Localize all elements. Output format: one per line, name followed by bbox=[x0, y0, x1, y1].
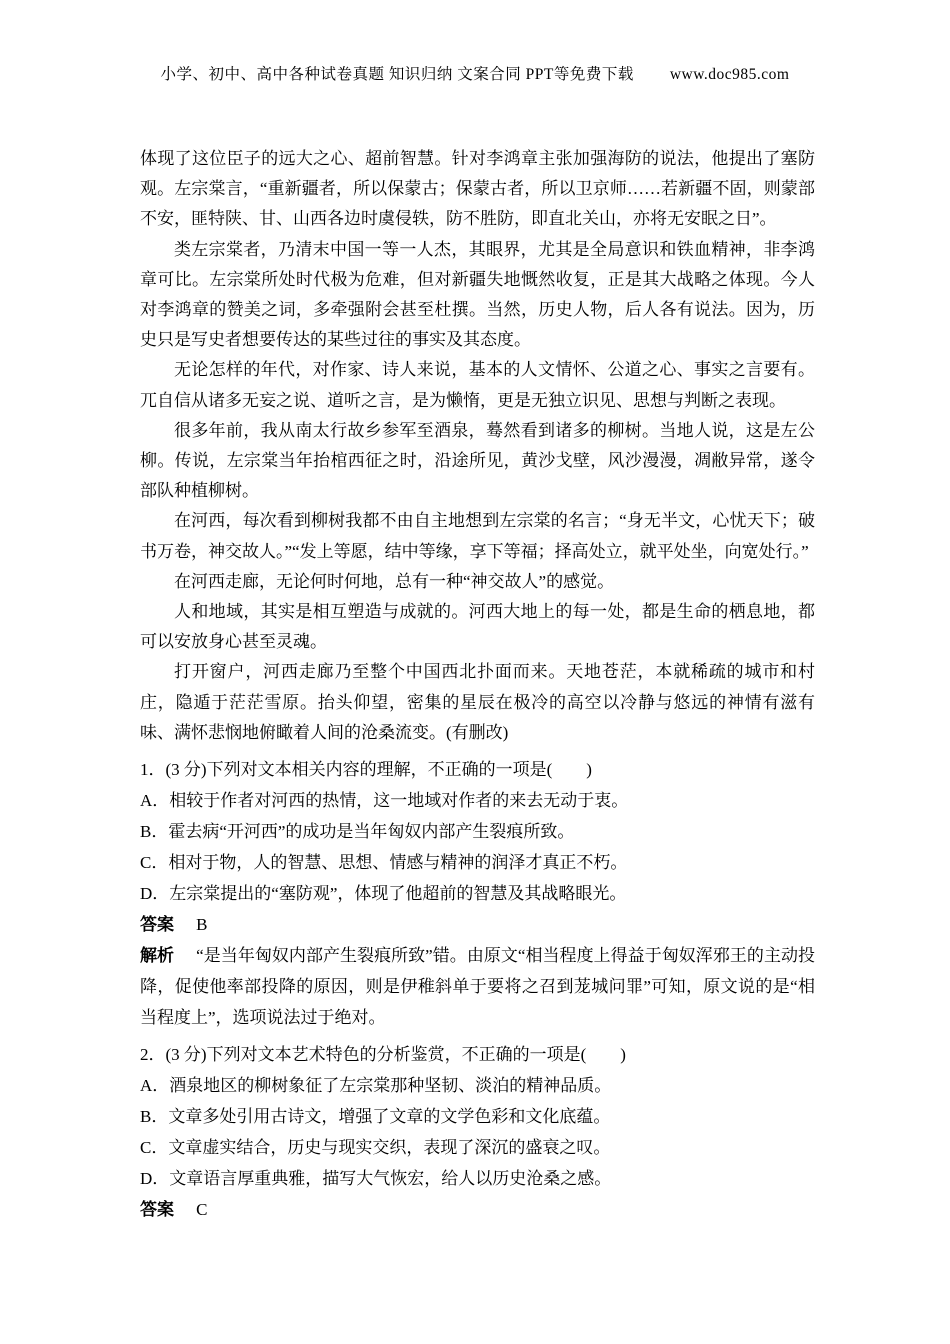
passage-paragraph: 在河西，每次看到柳树我都不由自主地想到左宗棠的名言；“身无半文，心忧天下；破书万… bbox=[140, 506, 815, 566]
site-url-link[interactable]: www.doc985.com bbox=[670, 66, 790, 83]
passage-paragraph: 人和地域，其实是相互塑造与成就的。河西大地上的每一处，都是生命的栖息地，都可以安… bbox=[140, 597, 815, 657]
passage-paragraph: 在河西走廊，无论何时何地，总有一种“神交故人”的感觉。 bbox=[140, 567, 815, 597]
question-2-option-b: B．文章多处引用古诗文，增强了文章的文学色彩和文化底蕴。 bbox=[140, 1101, 815, 1132]
question-2-answer-line: 答案C bbox=[140, 1194, 815, 1225]
question-block-2: 2．(3 分)下列对文本艺术特色的分析鉴赏，不正确的一项是( ) A．酒泉地区的… bbox=[140, 1039, 815, 1225]
document-body: 体现了这位臣子的远大之心、超前智慧。针对李鸿章主张加强海防的说法，他提出了塞防观… bbox=[140, 144, 815, 1225]
answer-label: 答案 bbox=[140, 1200, 174, 1219]
site-watermark-header: 小学、初中、高中各种试卷真题 知识归纳 文案合同 PPT等免费下载www.doc… bbox=[0, 0, 950, 84]
passage-paragraph: 很多年前，我从南太行故乡参军至酒泉，蓦然看到诸多的柳树。当地人说，这是左公柳。传… bbox=[140, 416, 815, 507]
question-2-stem: 2．(3 分)下列对文本艺术特色的分析鉴赏，不正确的一项是( ) bbox=[140, 1039, 815, 1070]
passage-paragraph: 无论怎样的年代，对作家、诗人来说，基本的人文情怀、公道之心、事实之言要有。兀自信… bbox=[140, 355, 815, 415]
question-1-option-c: C．相对于物，人的智慧、思想、情感与精神的润泽才真正不朽。 bbox=[140, 847, 815, 878]
analysis-text: “是当年匈奴内部产生裂痕所致”错。由原文“相当程度上得益于匈奴浑邪王的主动投降，… bbox=[140, 946, 815, 1027]
question-2-option-a: A．酒泉地区的柳树象征了左宗棠那种坚韧、淡泊的精神品质。 bbox=[140, 1070, 815, 1101]
question-1-analysis: 解析“是当年匈奴内部产生裂痕所致”错。由原文“相当程度上得益于匈奴浑邪王的主动投… bbox=[140, 940, 815, 1033]
analysis-label: 解析 bbox=[140, 946, 174, 965]
answer-label: 答案 bbox=[140, 915, 174, 934]
header-promo-text: 小学、初中、高中各种试卷真题 知识归纳 文案合同 PPT等免费下载 bbox=[161, 66, 634, 83]
passage-paragraph: 打开窗户，河西走廊乃至整个中国西北扑面而来。天地苍茫，本就稀疏的城市和村庄，隐遁… bbox=[140, 657, 815, 748]
passage-paragraph: 体现了这位臣子的远大之心、超前智慧。针对李鸿章主张加强海防的说法，他提出了塞防观… bbox=[140, 144, 815, 235]
question-1-option-a: A．相较于作者对河西的热情，这一地域对作者的来去无动于衷。 bbox=[140, 785, 815, 816]
question-block-1: 1．(3 分)下列对文本相关内容的理解，不正确的一项是( ) A．相较于作者对河… bbox=[140, 754, 815, 1033]
question-1-option-d: D．左宗棠提出的“塞防观”，体现了他超前的智慧及其战略眼光。 bbox=[140, 878, 815, 909]
answer-value: B bbox=[196, 915, 207, 934]
document-page: 小学、初中、高中各种试卷真题 知识归纳 文案合同 PPT等免费下载www.doc… bbox=[0, 0, 950, 1344]
question-2-option-d: D．文章语言厚重典雅，描写大气恢宏，给人以历史沧桑之感。 bbox=[140, 1163, 815, 1194]
answer-value: C bbox=[196, 1200, 207, 1219]
question-1-answer-line: 答案B bbox=[140, 909, 815, 940]
question-1-stem: 1．(3 分)下列对文本相关内容的理解，不正确的一项是( ) bbox=[140, 754, 815, 785]
question-1-option-b: B．霍去病“开河西”的成功是当年匈奴内部产生裂痕所致。 bbox=[140, 816, 815, 847]
question-2-option-c: C．文章虚实结合，历史与现实交织，表现了深沉的盛衰之叹。 bbox=[140, 1132, 815, 1163]
passage-paragraph: 类左宗棠者，乃清末中国一等一人杰，其眼界，尤其是全局意识和铁血精神，非李鸿章可比… bbox=[140, 235, 815, 356]
